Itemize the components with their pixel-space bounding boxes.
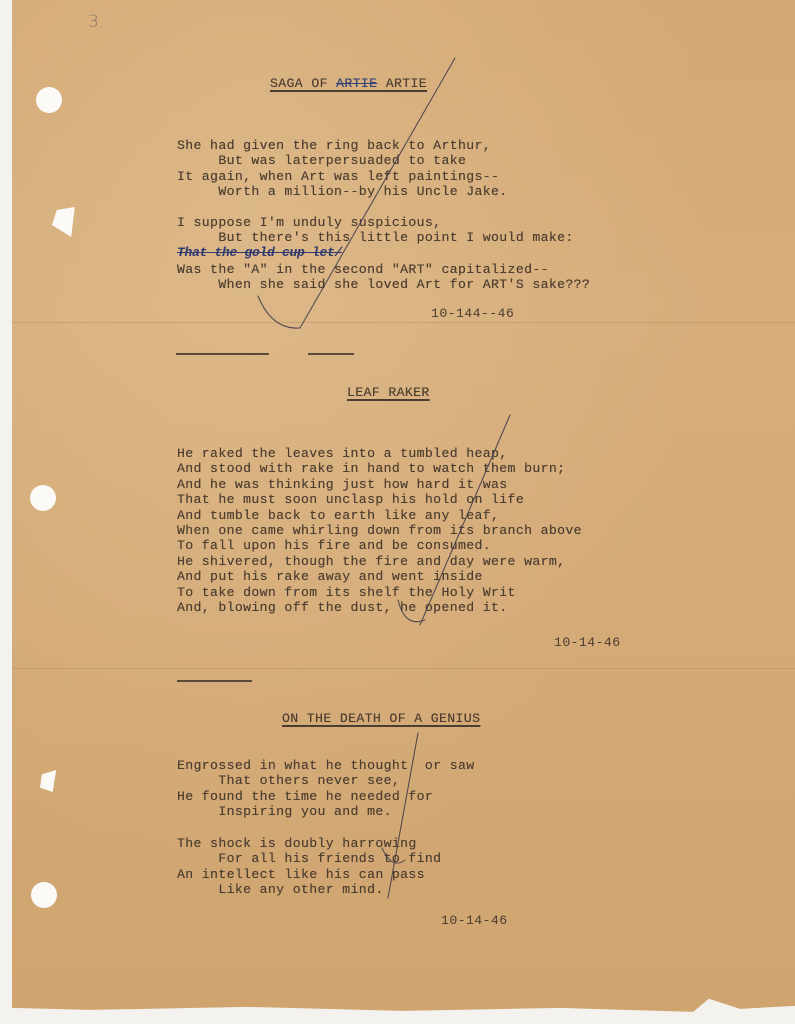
punch-hole [30, 485, 56, 511]
poem-line: To fall upon his fire and be consumed. [177, 538, 582, 553]
poem-line: Was the "A" in the second "ART" capitali… [177, 262, 590, 277]
stanza: The shock is doubly harrowing For all hi… [177, 836, 441, 898]
poem-line: Worth a million--by his Uncle Jake. [177, 184, 508, 199]
poem-line: When one came whirling down from its bra… [177, 523, 582, 538]
separator-rule [176, 353, 269, 355]
punch-hole [31, 882, 57, 908]
title-word: ARTIE [386, 76, 427, 91]
stanza: I suppose I'm unduly suspicious, But the… [177, 215, 574, 246]
paper-fold [12, 322, 795, 323]
poem-line: It again, when Art was left paintings-- [177, 169, 508, 184]
poem-line: The shock is doubly harrowing [177, 836, 441, 851]
poem-line: He shivered, though the fire and day wer… [177, 554, 582, 569]
poem-line: And put his rake away and went inside [177, 569, 582, 584]
poem-date: 10-14-46 [441, 913, 508, 928]
stanza: Engrossed in what he thought or saw That… [177, 758, 475, 820]
poem-line: To take down from its shelf the Holy Wri… [177, 585, 582, 600]
poem-title: LEAF RAKER [347, 385, 430, 400]
struck-title-word: ARTIE [336, 76, 377, 91]
poem-line: An intellect like his can pass [177, 867, 441, 882]
poem-line: But there's this little point I would ma… [177, 230, 574, 245]
poem-line: Engrossed in what he thought or saw [177, 758, 475, 773]
poem-title: SAGA OF ARTIE ARTIE [270, 76, 427, 91]
stanza: Was the "A" in the second "ART" capitali… [177, 262, 590, 293]
poem-title: ON THE DEATH OF A GENIUS [282, 711, 480, 726]
poem-body: He raked the leaves into a tumbled heap,… [177, 446, 582, 615]
poem-line: But was laterpersuaded to take [177, 153, 508, 168]
poem-date: 10-14-46 [554, 635, 621, 650]
poem-line: For all his friends to find [177, 851, 441, 866]
poem-date: 10-144--46 [431, 306, 514, 321]
poem-line: I suppose I'm unduly suspicious, [177, 215, 574, 230]
struck-line: That the gold cup let/ [177, 245, 342, 260]
poem-line: That others never see, [177, 773, 475, 788]
separator-rule [308, 353, 354, 355]
page-number: 3. [88, 12, 104, 32]
poem-line: Inspiring you and me. [177, 804, 475, 819]
poem-line: She had given the ring back to Arthur, [177, 138, 508, 153]
stanza: She had given the ring back to Arthur, B… [177, 138, 508, 200]
poem-line: When she said she loved Art for ART'S sa… [177, 277, 590, 292]
paper-fold [12, 668, 795, 669]
poem-line: He found the time he needed for [177, 789, 475, 804]
poem-line: And tumble back to earth like any leaf, [177, 508, 582, 523]
poem-line: That he must soon unclasp his hold on li… [177, 492, 582, 507]
poem-line: And he was thinking just how hard it was [177, 477, 582, 492]
separator-rule [177, 680, 252, 682]
punch-hole [36, 87, 62, 113]
poem-line: He raked the leaves into a tumbled heap, [177, 446, 582, 461]
title-prefix: SAGA OF [270, 76, 328, 91]
poem-line: Like any other mind. [177, 882, 441, 897]
poem-line: And, blowing off the dust, he opened it. [177, 600, 582, 615]
poem-line: And stood with rake in hand to watch the… [177, 461, 582, 476]
